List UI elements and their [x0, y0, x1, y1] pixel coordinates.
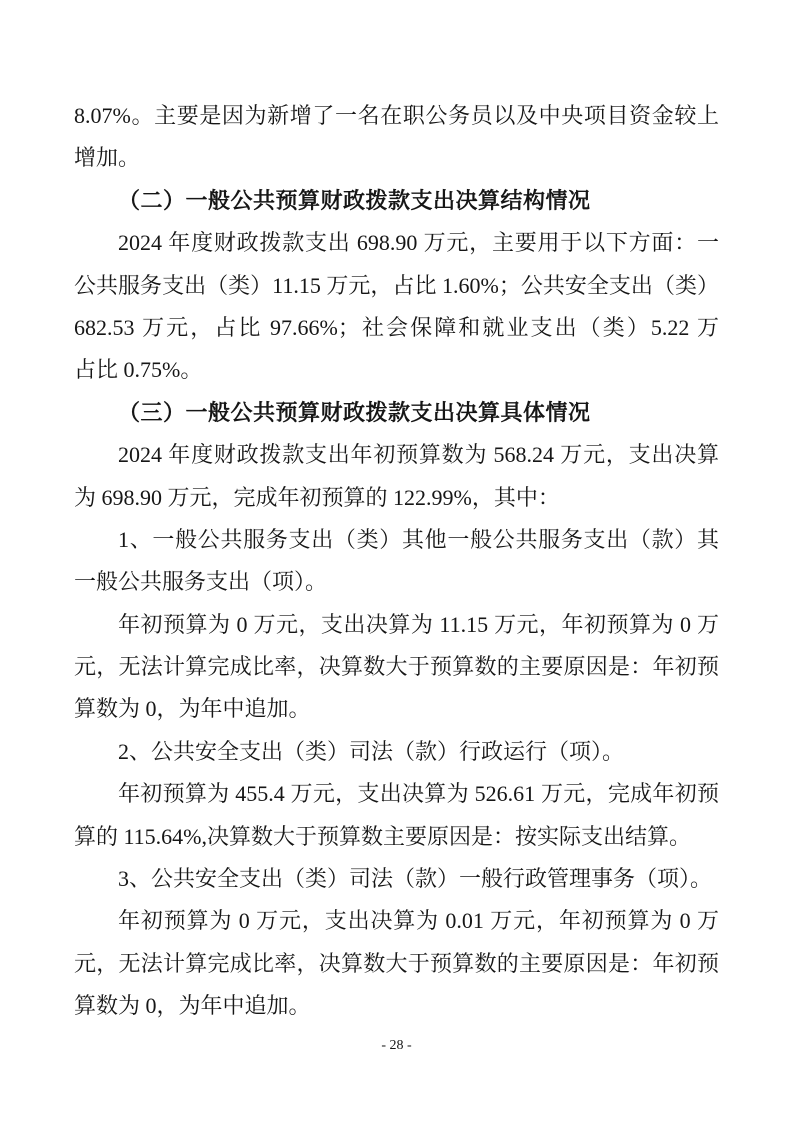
text-line: 算的 115.64%,决算数大于预算数主要原因是：按实际支出结算。	[74, 816, 719, 858]
section-heading: （二）一般公共预算财政拨款支出决算结构情况	[74, 180, 719, 222]
text-line: 增加。	[74, 137, 719, 179]
body-paragraph: 1、一般公共服务支出（类）其他一般公共服务支出（款）其他一般公共服务支出（项）。	[74, 519, 719, 604]
body-paragraph: 2024 年度财政拨款支出年初预算数为 568.24 万元，支出决算数为 698…	[74, 434, 719, 519]
body-paragraph: 年初预算为 0 万元，支出决算为 11.15 万元，年初预算为 0 万元，无法计…	[74, 604, 719, 731]
text-line: 元，无法计算完成比率，决算数大于预算数的主要原因是：年初预	[74, 646, 719, 688]
text-line: 2、公共安全支出（类）司法（款）行政运行（项）。	[74, 731, 719, 773]
text-line: 年初预算为 0 万元，支出决算为 11.15 万元，年初预算为 0 万	[74, 604, 719, 646]
body-paragraph: 2024 年度财政拨款支出 698.90 万元，主要用于以下方面：一般公共服务支…	[74, 222, 719, 392]
text-line: 年初预算为 0 万元，支出决算为 0.01 万元，年初预算为 0 万	[74, 900, 719, 942]
text-line: 682.53 万元，占比 97.66%；社会保障和就业支出（类）5.22 万元，	[74, 307, 719, 349]
text-line: 3、公共安全支出（类）司法（款）一般行政管理事务（项）。	[74, 858, 719, 900]
text-line: 年初预算为 455.4 万元，支出决算为 526.61 万元，完成年初预	[74, 773, 719, 815]
text-line: 算数为 0，为年中追加。	[74, 985, 719, 1027]
text-line: 为 698.90 万元，完成年初预算的 122.99%，其中：	[74, 477, 719, 519]
text-line: 2024 年度财政拨款支出年初预算数为 568.24 万元，支出决算数	[74, 434, 719, 476]
text-line: 公共服务支出（类）11.15 万元，占比 1.60%；公共安全支出（类）	[74, 265, 719, 307]
text-line: 8.07%。主要是因为新增了一名在职公务员以及中央项目资金较上年	[74, 95, 719, 137]
text-line: 1、一般公共服务支出（类）其他一般公共服务支出（款）其他	[74, 519, 719, 561]
section-heading-paragraph: （二）一般公共预算财政拨款支出决算结构情况	[74, 180, 719, 222]
text-line: 占比 0.75%。	[74, 349, 719, 391]
text-line: 元，无法计算完成比率，决算数大于预算数的主要原因是：年初预	[74, 943, 719, 985]
body-paragraph: 年初预算为 455.4 万元，支出决算为 526.61 万元，完成年初预算的 1…	[74, 773, 719, 858]
text-line: 一般公共服务支出（项）。	[74, 561, 719, 603]
document-page: 8.07%。主要是因为新增了一名在职公务员以及中央项目资金较上年增加。（二）一般…	[0, 0, 793, 1122]
body-paragraph: 8.07%。主要是因为新增了一名在职公务员以及中央项目资金较上年增加。	[74, 95, 719, 180]
document-content: 8.07%。主要是因为新增了一名在职公务员以及中央项目资金较上年增加。（二）一般…	[74, 95, 719, 1028]
body-paragraph: 2、公共安全支出（类）司法（款）行政运行（项）。	[74, 731, 719, 773]
body-paragraph: 3、公共安全支出（类）司法（款）一般行政管理事务（项）。	[74, 858, 719, 900]
body-paragraph: 年初预算为 0 万元，支出决算为 0.01 万元，年初预算为 0 万元，无法计算…	[74, 900, 719, 1027]
page-number: - 28 -	[0, 1038, 793, 1054]
section-heading-paragraph: （三）一般公共预算财政拨款支出决算具体情况	[74, 392, 719, 434]
section-heading: （三）一般公共预算财政拨款支出决算具体情况	[74, 392, 719, 434]
text-line: 2024 年度财政拨款支出 698.90 万元，主要用于以下方面：一般	[74, 222, 719, 264]
text-line: 算数为 0，为年中追加。	[74, 688, 719, 730]
